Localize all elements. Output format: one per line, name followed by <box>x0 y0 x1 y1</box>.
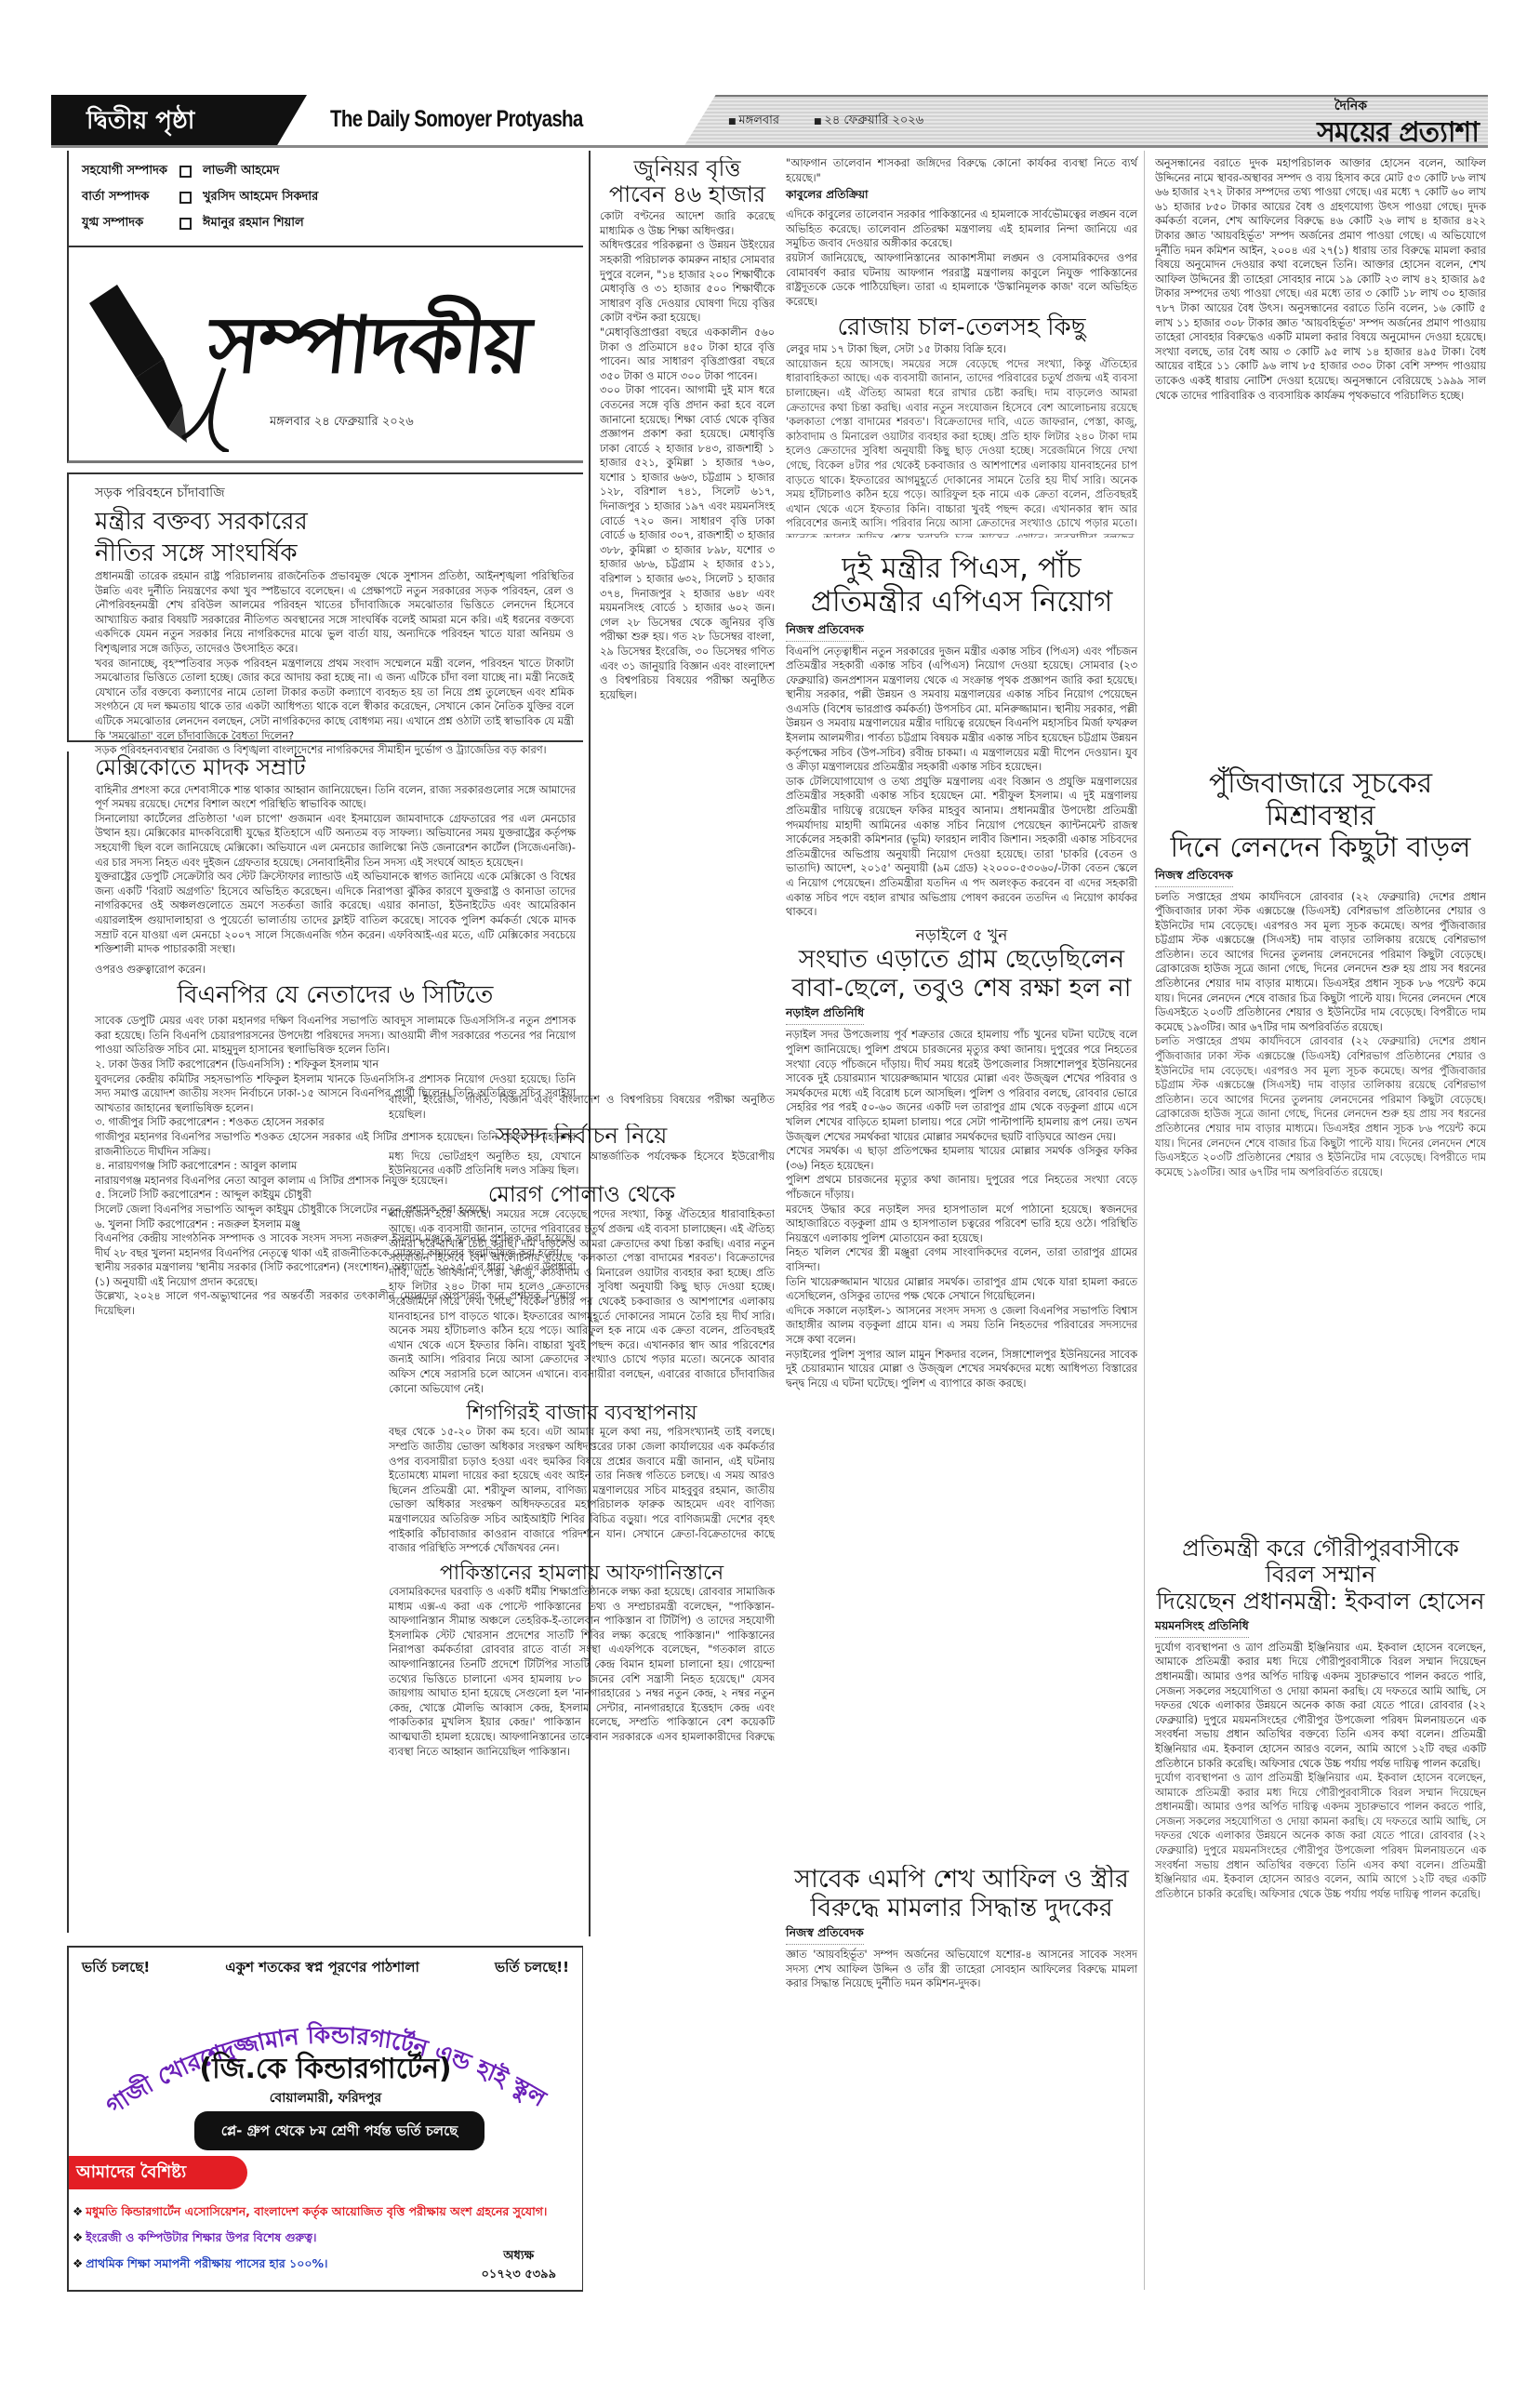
feature-text: প্রাথমিক শিক্ষা সমাপনী পরীক্ষায় পাসের হ… <box>86 2256 327 2270</box>
paragraph: লেবুর দাম ১৭ টাকা ছিল, সেটা ১৫ টাকায় বি… <box>786 342 1137 357</box>
share-body: চলতি সপ্তাহের প্রথম কার্যদিবসে রোববার (২… <box>1155 890 1486 1523</box>
sangsad-headline: সংসদ নির্বাচন নিয়ে <box>389 1124 775 1150</box>
afghan-quote: "আফগান তালেবান শাসকরা জঙ্গিদের বিরুদ্ধে … <box>786 156 1137 185</box>
paragraph: ডাক টেলিযোগাযোগ ও তথ্য প্রযুক্তি মন্ত্রণ… <box>786 775 1137 920</box>
afil-byline: নিজস্ব প্রতিবেদক <box>786 1925 864 1945</box>
editor-credits: সহযোগী সম্পাদক লাভলী আহমেদ বার্তা সম্পাদ… <box>67 151 583 246</box>
paragraph: ৩০০ টাকা পাবেন। আগামী দুই মাস ধরে বেতনের… <box>600 383 775 702</box>
paragraph: সিনালোয়া কার্টেলের প্রতিষ্ঠাতা 'এল চাপো… <box>95 812 576 870</box>
afil-headline: সাবেক এমপি শেখ আফিল ও স্ত্রীর <box>786 1865 1137 1894</box>
center-continued: বাংলা, ইংরেজি, গণিত, বিজ্ঞান এবং বাংলাদে… <box>389 1093 775 1125</box>
afil-article: সাবেক এমপি শেখ আফিল ও স্ত্রীর বিরুদ্ধে ম… <box>784 1865 1139 2293</box>
rojay-headline: রোজায় চাল-তেলসহ কিছু <box>786 314 1137 342</box>
share-headline: পুঁজিবাজারে সূচকের মিশ্রাবস্থার <box>1155 768 1486 832</box>
editor-row: সহযোগী সম্পাদক লাভলী আহমেদ <box>82 158 583 184</box>
contact-phone: ০১৭২৩ ৫৩৯৯ <box>481 2266 556 2284</box>
narail-kicker: নড়াইলে ৫ খুন <box>786 927 1137 946</box>
diamond-bullet-icon: ❖ <box>73 2204 83 2218</box>
ad-admission-left: ভর্তি চলছে! <box>82 1957 150 1980</box>
paragraph: মরদেহ উদ্ধার করে নড়াইল সদর হাসপাতাল মর্… <box>786 1203 1137 1246</box>
ps-headline: প্রতিমন্ত্রীর এপিএস নিয়োগ <box>786 586 1137 619</box>
paragraph: চলতি সপ্তাহের প্রথম কার্যদিবসে রোববার (২… <box>1155 890 1486 1035</box>
rojay-body: লেবুর দাম ১৭ টাকা ছিল, সেটা ১৫ টাকায় বি… <box>786 342 1137 538</box>
editor-name: ঈমানুর রহমান শিয়াল <box>203 214 304 233</box>
editorial-article: সড়ক পরিবহনে চাঁদাবাজি মন্ত্রীর বক্তব্য … <box>67 472 583 742</box>
editor-name: লাভলী আহমেদ <box>203 162 279 181</box>
morog-headline: মোরগ পোলাও থেকে <box>389 1182 775 1208</box>
ad-admission-right: ভর্তি চলছে!! <box>495 1957 569 1980</box>
column-divider <box>1144 151 1145 2290</box>
gauripur-headline: দিয়েছেন প্রধানমন্ত্রী: ইকবাল হোসেন <box>1155 1589 1486 1616</box>
narail-body: নড়াইল সদর উপজেলায় পূর্ব শত্রুতার জেরে … <box>786 1028 1137 1390</box>
paragraph: দুর্যোগ ব্যবস্থাপনা ও ত্রাণ প্রতিমন্ত্রী… <box>1155 1771 1486 1901</box>
square-bullet-icon <box>179 218 192 230</box>
feature-text: ইংরেজী ও কম্পিউটার শিক্ষার উপর বিশেষ গুর… <box>86 2230 316 2244</box>
ps-headline: দুই মন্ত্রীর পিএস, পাঁচ <box>786 552 1137 586</box>
junior-body: কোটা বণ্টনের আদেশ জারি করেছে মাধ্যমিক ও … <box>600 209 775 702</box>
paragraph: অধিদপ্তরের পরিকল্পনা ও উন্নয়ন উইংয়ের স… <box>600 238 775 326</box>
school-location: বোয়ালমারী, ফরিদপুর <box>69 2087 582 2109</box>
editor-row: বার্তা সম্পাদক খুরসিদ আহমেদ সিকদার <box>82 184 583 210</box>
square-bullet-icon <box>179 192 192 204</box>
ad-tagline: একুশ শতকের স্বপ্ন পূরণের পাঠশালা <box>225 1957 419 1980</box>
afil-headline: বিরুদ্ধে মামলার সিদ্ধান্ত দুদকের <box>786 1894 1137 1922</box>
right-column: অনুসন্ধানের বরাতে দুদক মহাপরিচালক আক্তার… <box>1153 156 1488 2295</box>
admission-pill: প্লে- গ্রুপ থেকে ৮ম শ্রেণী পর্যন্ত ভর্তি… <box>194 2111 485 2150</box>
diamond-bullet-icon: ❖ <box>73 2256 83 2270</box>
junior-scholarship-article: জুনিয়র বৃত্তি পাবেন ৪৬ হাজার কোটা বণ্টন… <box>598 156 777 1096</box>
kabul-body: এদিকে কাবুলের তালেবান সরকার পাকিস্তানের … <box>786 207 1137 309</box>
editor-role: যুগ্ম সম্পাদক <box>82 214 179 233</box>
sangsad-body: মধ্য দিয়ে ভোটগ্রহণ অনুষ্ঠিত হয়, যেখানে… <box>389 1150 775 1178</box>
english-name: The Daily Somoyer Protyasha <box>330 106 583 133</box>
paragraph: চলতি সপ্তাহের প্রথম কার্যদিবসে রোববার (২… <box>1155 1034 1486 1179</box>
features-label: আমাদের বৈশিষ্ট্য <box>69 2156 247 2189</box>
share-byline: নিজস্ব প্রতিবেদক <box>1155 868 1233 887</box>
shigogiri-body: বছর থেকে ১৫-২০ টাকা কম হবে। এটা আমার মূল… <box>389 1425 775 1555</box>
junior-headline: জুনিয়র বৃত্তি <box>600 156 775 182</box>
afghan-body: বেসামরিকদের ঘরবাড়ি ও একটি ধর্মীয় শিক্ষ… <box>389 1585 775 1759</box>
paragraph: কোটা বণ্টনের আদেশ জারি করেছে মাধ্যমিক ও … <box>600 209 775 238</box>
editorial-headline: মন্ত্রীর বক্তব্য সরকারের <box>95 506 574 538</box>
gauripur-headline: প্রতিমন্ত্রী করে গৌরীপুরবাসীকে বিরল সম্ম… <box>1155 1536 1486 1590</box>
paragraph: ২. ঢাকা উত্তর সিটি করপোরেশন (ডিএনসিসি) :… <box>95 1057 576 1072</box>
paragraph: যুক্তরাষ্ট্রের ডেপুটি সেক্রেটারি অব স্টে… <box>95 870 576 957</box>
feature-text: মধুমতি কিন্ডারগার্টেন এসোসিয়েশন, বাংলাদ… <box>86 2204 547 2218</box>
feature-item: ❖মধুমতি কিন্ডারগার্টেন এসোসিয়েশন, বাংলা… <box>73 2199 579 2225</box>
paragraph: আয়োজন হয়ে আসছে। সময়ের সঙ্গে বেড়েছে প… <box>786 357 1137 538</box>
brand-logo: সময়ের প্রত্যাশা <box>1317 110 1479 157</box>
paragraph: খবর জানাচ্ছে, বৃহস্পতিবার সড়ক পরিবহন মন… <box>95 657 574 744</box>
mexico-body: বাহিনীর প্রশংসা করে দেশবাসীকে শান্ত থাকা… <box>95 783 576 957</box>
section-label: দ্বিতীয় পৃষ্ঠা <box>51 95 307 147</box>
mexico-headline: মেক্সিকোতে মাদক সম্রাট <box>95 755 576 781</box>
shigogiri-headline: শিগগিরই বাজার ব্যবস্থাপনায় <box>389 1402 775 1425</box>
morog-body: আয়োজন হয়ে আসছে। সময়ের সঙ্গে বেড়েছে প… <box>389 1207 775 1396</box>
afghan-headline: পাকিস্তানের হামলায় আফগানিস্তানে <box>389 1562 775 1585</box>
paragraph: এদিকে সকালে নড়াইল-১ আসনের সংসদ সদস্য ও … <box>786 1304 1137 1348</box>
narail-headline: সংঘাত এড়াতে গ্রাম ছেড়েছিলেন <box>786 945 1137 974</box>
middle-right-column: "আফগান তালেবান শাসকরা জঙ্গিদের বিরুদ্ধে … <box>784 156 1139 1849</box>
square-bullet-icon <box>179 166 192 178</box>
editor-name: খুরসিদ আহমেদ সিকদার <box>203 188 318 207</box>
gauripur-byline: ময়মনসিংহ প্রতিনিধি <box>1155 1618 1249 1638</box>
editor-role: বার্তা সম্পাদক <box>82 188 179 207</box>
masthead-date: ২৪ ফেব্রুয়ারি ২০২৬ <box>814 112 923 131</box>
paragraph: সাবেক ডেপুটি মেয়র এবং ঢাকা মহানগর দক্ষি… <box>95 1014 576 1057</box>
paragraph: বিএনপি নেতৃত্বাধীন নতুন সরকারের দুজন মন্… <box>786 645 1137 775</box>
editor-row: যুগ্ম সম্পাদক ঈমানুর রহমান শিয়াল <box>82 210 583 236</box>
ps-byline: নিজস্ব প্রতিবেদক <box>786 622 864 642</box>
principal-signature: অধ্যক্ষ ০১৭২৩ ৫৩৯৯ <box>481 2247 556 2284</box>
kabul-subhead: কাবুলের প্রতিক্রিয়া <box>786 187 1137 206</box>
paragraph: নড়াইল সদর উপজেলায় পূর্ব শত্রুতার জেরে … <box>786 1028 1137 1144</box>
paragraph: রয়টার্স জানিয়েছে, আফগানিস্তানের আকাশসী… <box>786 251 1137 309</box>
kindergarten-ad: ভর্তি চলছে! একুশ শতকের স্বপ্ন পূরণের পাঠ… <box>67 1946 583 2292</box>
paragraph: প্রধানমন্ত্রী তারেক রহমান রাষ্ট্র পরিচাল… <box>95 569 574 657</box>
paragraph: দুর্যোগ ব্যবস্থাপনা ও ত্রাণ প্রতিমন্ত্রী… <box>1155 1641 1486 1771</box>
paragraph: নিহত খলিল শেখের স্ত্রী মঞ্জুরা বেগম সাংব… <box>786 1245 1137 1274</box>
gauripur-body: দুর্যোগ ব্যবস্থাপনা ও ত্রাণ প্রতিমন্ত্রী… <box>1155 1641 1486 1902</box>
paragraph: শেখের সমর্থক। এ ছাড়া প্রতিপক্ষের হামলায… <box>786 1144 1137 1173</box>
paragraph: বাংলা, ইংরেজি, গণিত, বিজ্ঞান এবং বাংলাদে… <box>389 1093 775 1122</box>
paragraph: নড়াইলের পুলিশ সুপার আল মামুন শিকদার বলে… <box>786 1348 1137 1391</box>
paragraph: এদিকে কাবুলের তালেবান সরকার পাকিস্তানের … <box>786 207 1137 251</box>
masthead-rule <box>51 145 1488 148</box>
masthead-day: মঙ্গলবার <box>728 112 779 131</box>
principal-title: অধ্যক্ষ <box>481 2247 556 2266</box>
editorial-title: সম্পাদকীয় <box>202 285 535 416</box>
narail-byline: নড়াইল প্রতিনিধি <box>786 1005 864 1025</box>
ps-body: বিএনপি নেতৃত্বাধীন নতুন সরকারের দুজন মন্… <box>786 645 1137 920</box>
editorial-logo: সম্পাদকীয় মঙ্গলবার ২৪ ফেব্রুয়ারি ২০২৬ <box>67 247 583 463</box>
editorial-date: মঙ্গলবার ২৪ ফেব্রুয়ারি ২০২৬ <box>270 413 414 432</box>
diamond-bullet-icon: ❖ <box>73 2230 83 2244</box>
paragraph: বাহিনীর প্রশংসা করে দেশবাসীকে শান্ত থাকা… <box>95 783 576 812</box>
masthead: দ্বিতীয় পৃষ্ঠা The Daily Somoyer Protya… <box>51 95 1488 147</box>
narail-headline: বাবা-ছেলে, তবুও শেষ রক্ষা হল না <box>786 974 1137 1003</box>
afil-continued-body: অনুসন্ধানের বরাতে দুদক মহাপরিচালক আক্তার… <box>1155 156 1486 752</box>
editorial-headline: নীতির সঙ্গে সাংঘর্ষিক <box>95 538 574 569</box>
paragraph: তিনি খায়েরুজ্জামান খায়ের মোল্লার সমর্থ… <box>786 1275 1137 1304</box>
junior-headline: পাবেন ৪৬ হাজার <box>600 182 775 208</box>
afil-body: জ্ঞাত 'আয়বহির্ভূত' সম্পদ অর্জনের অভিযোগ… <box>786 1948 1137 1991</box>
paragraph: পুলিশ প্রথমে চারজনের মৃত্যুর কথা জানায়।… <box>786 1173 1137 1202</box>
paragraph: "মেধাবৃত্তিপ্রাপ্তরা বছরে এককালীন ৫৬০ টা… <box>600 326 775 383</box>
editor-role: সহযোগী সম্পাদক <box>82 162 179 181</box>
share-headline: দিনে লেনদেন কিছুটা বাড়ল <box>1155 832 1486 865</box>
bnp-lead: ওপরও গুরুত্বারোপ করেন। <box>95 963 576 978</box>
bnp-headline: বিএনপির যে নেতাদের ৬ সিটিতে <box>95 982 576 1010</box>
editorial-kicker: সড়ক পরিবহনে চাঁদাবাজি <box>95 482 574 504</box>
center-lower-column: সংসদ নির্বাচন নিয়ে মধ্য দিয়ে ভোটগ্রহণ … <box>389 1124 775 1979</box>
ad-top-row: ভর্তি চলছে! একুশ শতকের স্বপ্ন পূরণের পাঠ… <box>69 1948 582 1980</box>
editorial-body: প্রধানমন্ত্রী তারেক রহমান রাষ্ট্র পরিচাল… <box>95 569 574 758</box>
